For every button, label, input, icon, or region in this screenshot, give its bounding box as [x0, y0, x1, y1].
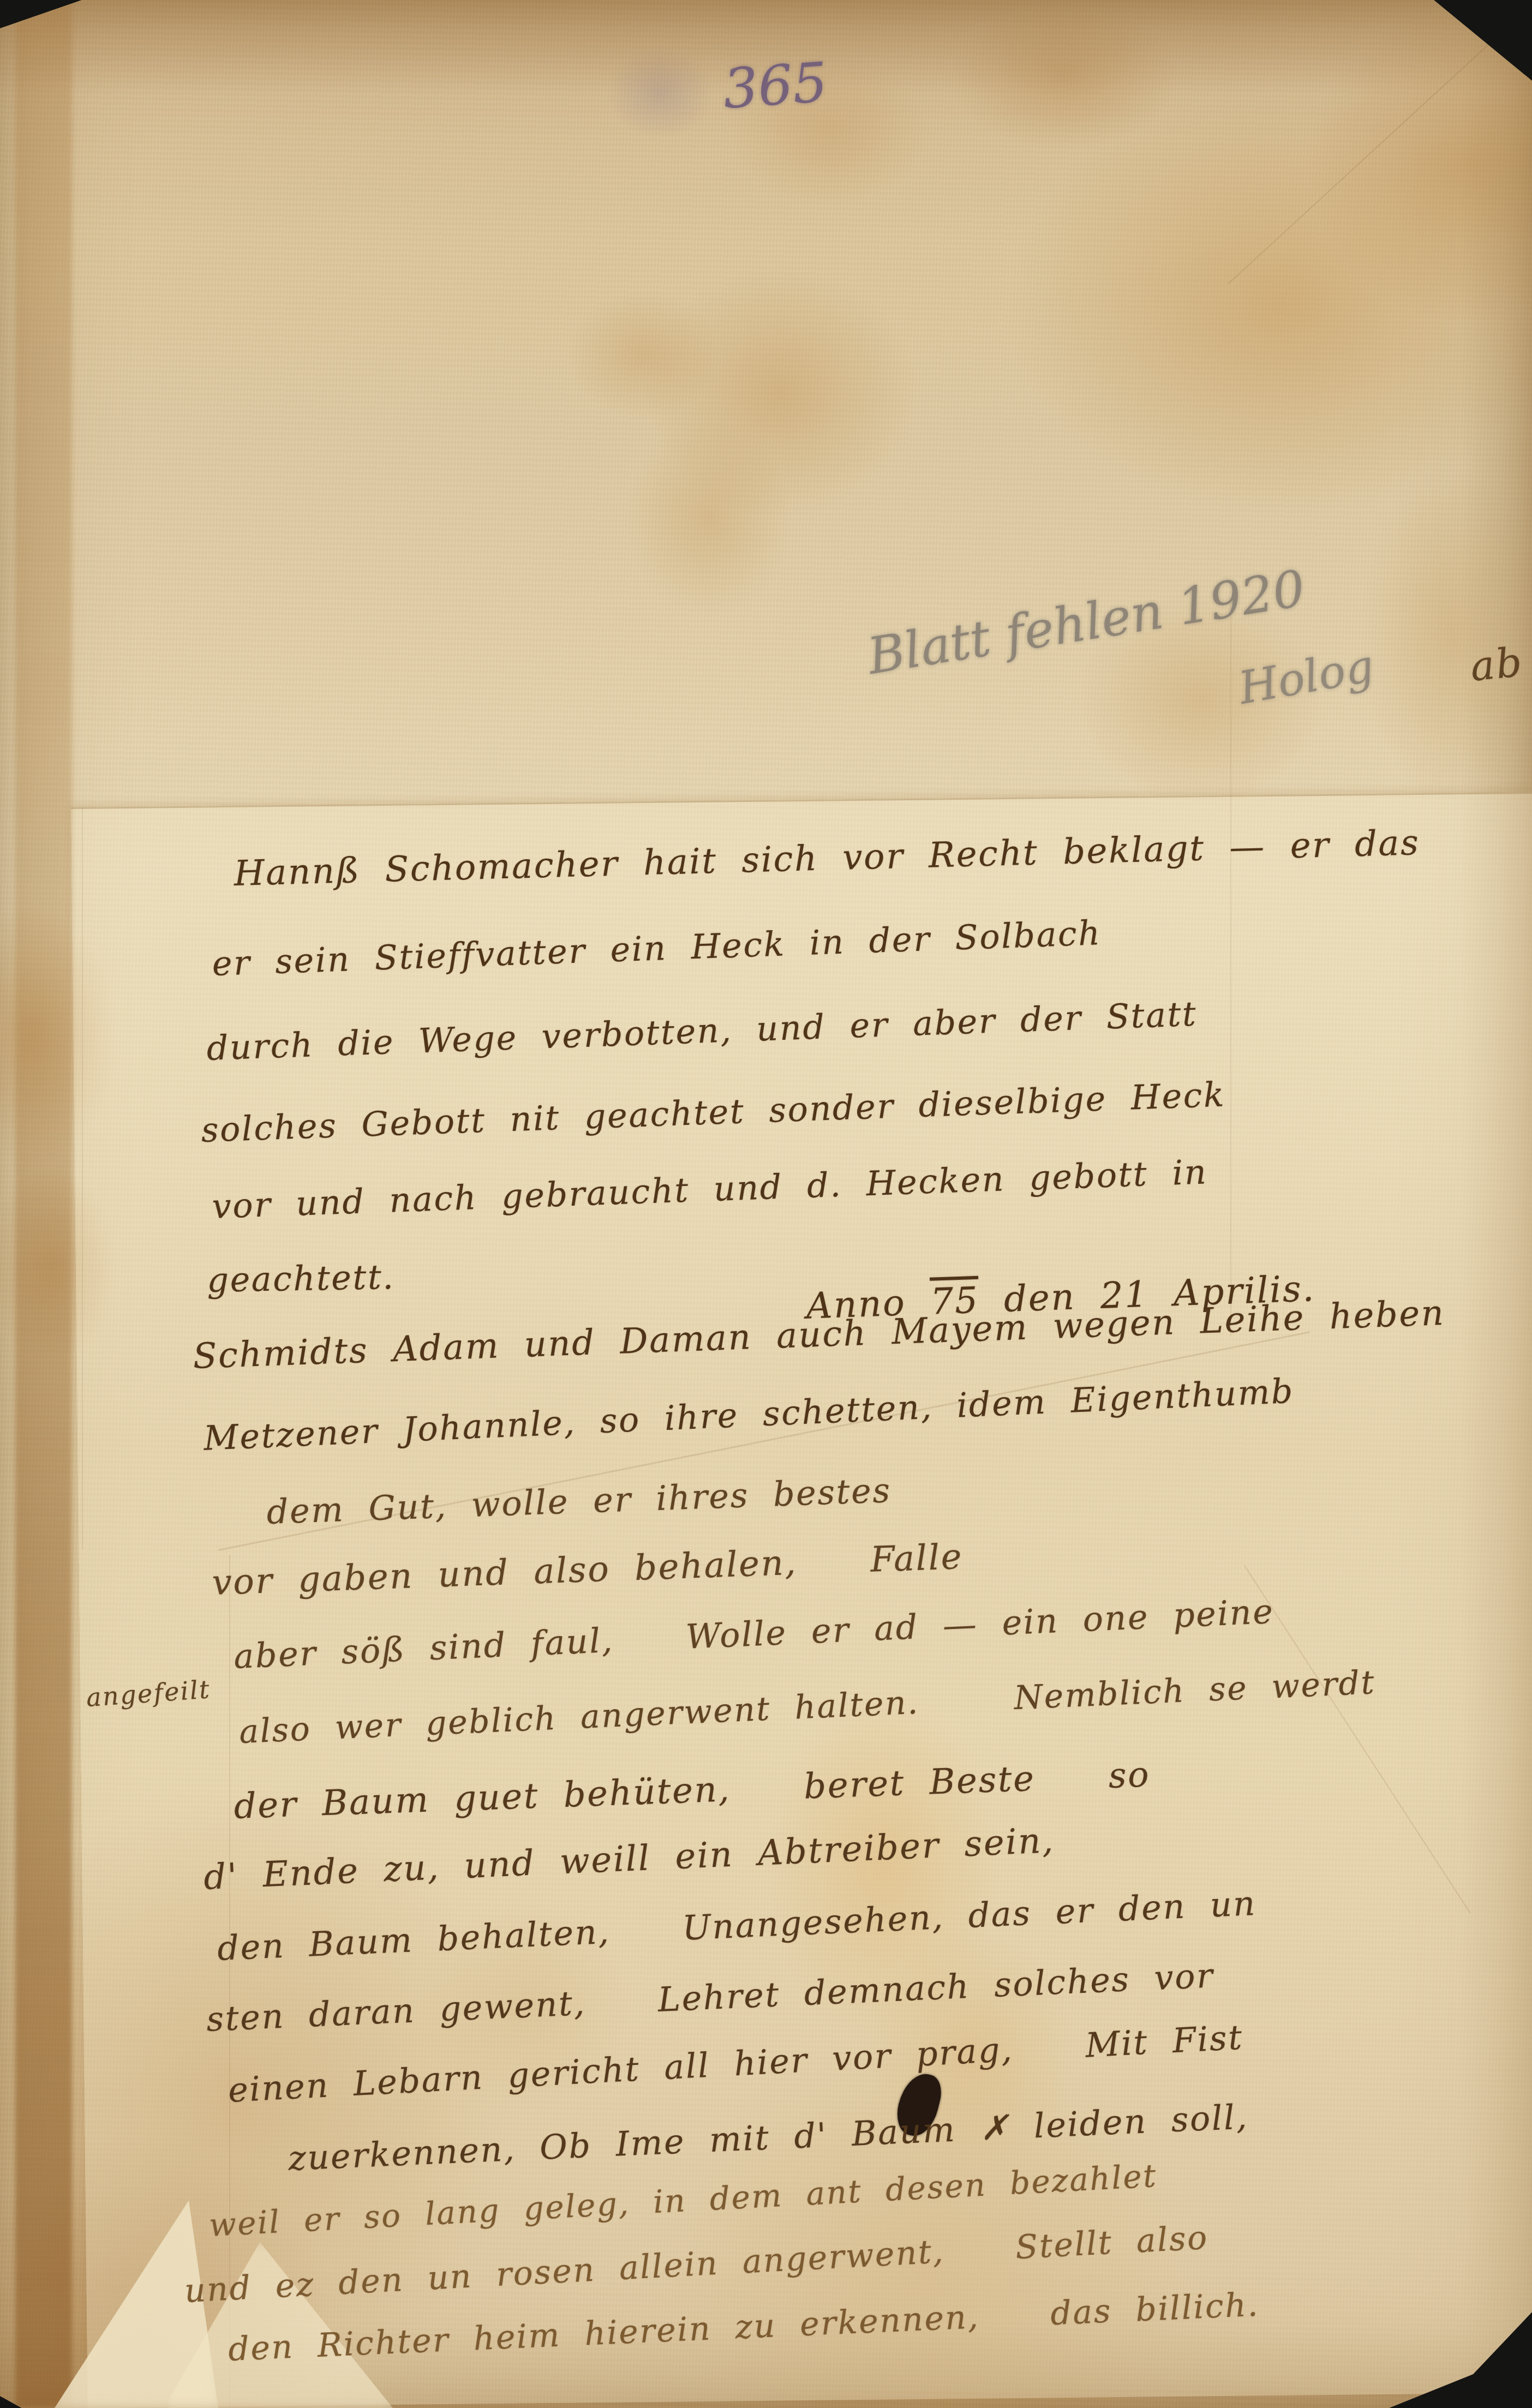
- binding-edge: [15, 0, 72, 2408]
- manuscript-line: geachtett.: [207, 1257, 395, 1300]
- manuscript-page: 365 Blatt fehlen 1920 Holog ab angefeilt…: [0, 0, 1532, 2408]
- crease-right-vertical: [1230, 600, 1231, 1337]
- photograph-background: { "document": { "archival_page_number": …: [0, 0, 1532, 2408]
- crease-slip-left-edge: [82, 807, 83, 1549]
- archival-page-number: 365: [721, 50, 830, 121]
- ink-edge-mark: ab: [1468, 638, 1525, 691]
